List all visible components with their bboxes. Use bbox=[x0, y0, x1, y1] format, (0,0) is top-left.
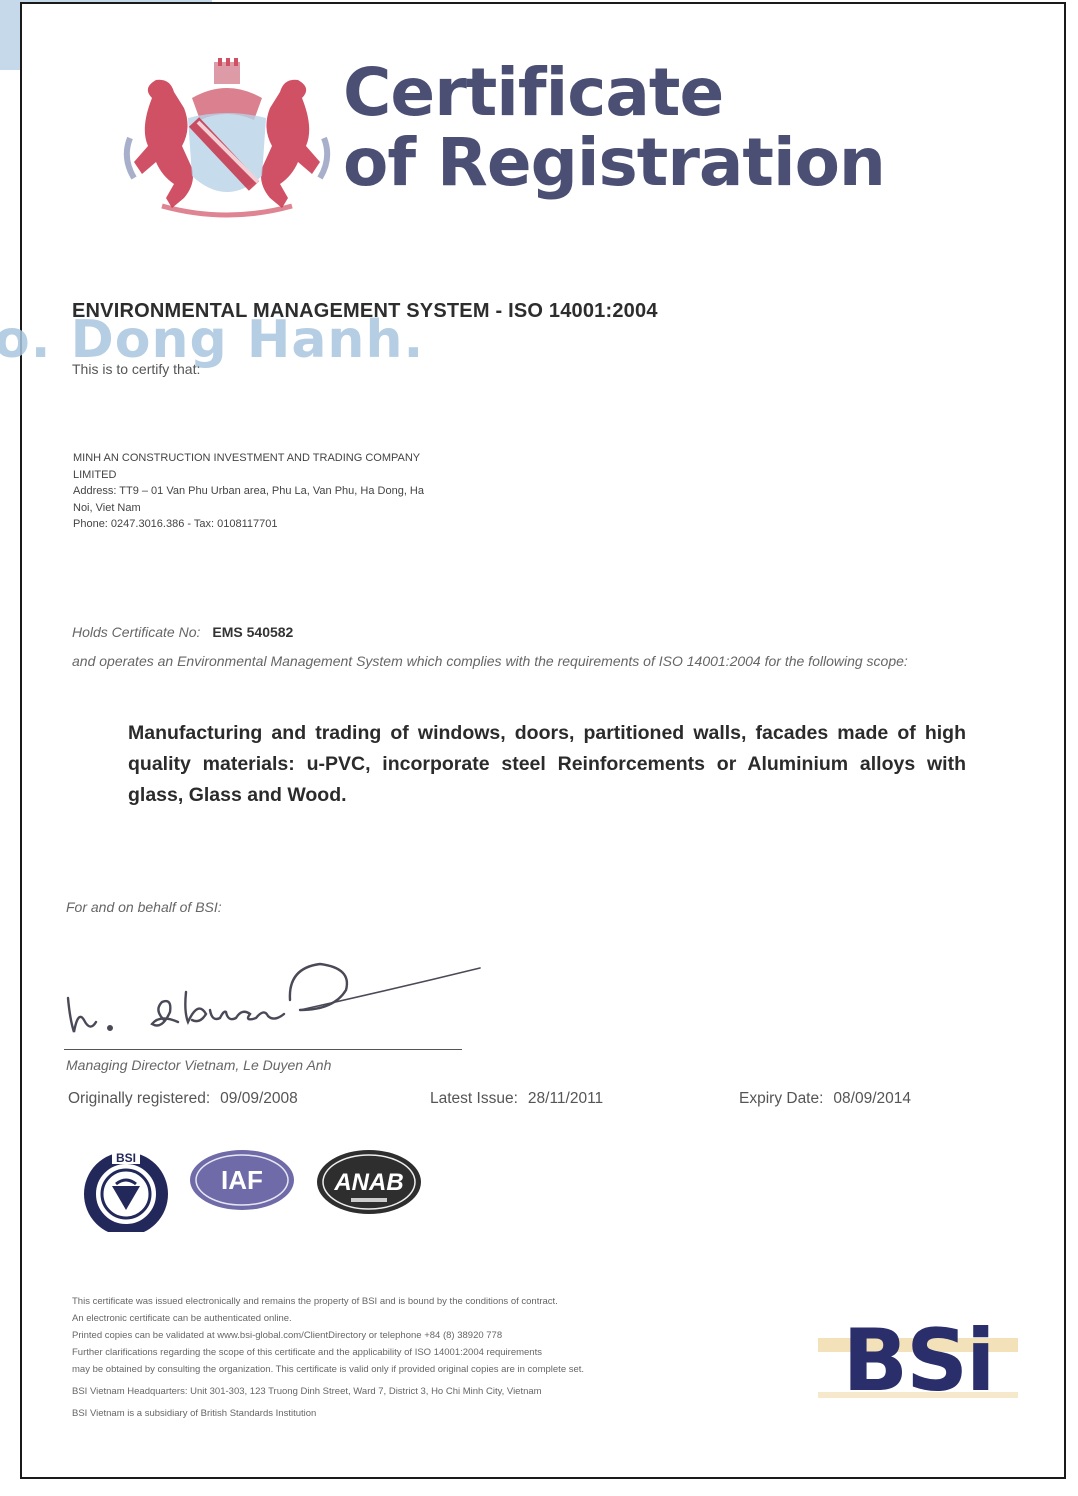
footer-line: Further clarifications regarding the sco… bbox=[72, 1344, 772, 1361]
title-line-1: Certificate bbox=[343, 58, 885, 128]
company-name: MINH AN CONSTRUCTION INVESTMENT AND TRAD… bbox=[73, 450, 533, 467]
footer-line: Printed copies can be validated at www.b… bbox=[72, 1327, 772, 1344]
signature-icon bbox=[60, 940, 500, 1040]
expiry-label: Expiry Date: bbox=[739, 1090, 823, 1107]
original-label: Originally registered: bbox=[68, 1090, 210, 1107]
certificate-number-row: Holds Certificate No:EMS 540582 bbox=[72, 624, 293, 640]
svg-text:BSi: BSi bbox=[843, 1312, 994, 1411]
latest-label: Latest Issue: bbox=[430, 1090, 518, 1107]
on-behalf-label: For and on behalf of BSI: bbox=[66, 899, 222, 915]
signature-line bbox=[64, 1049, 462, 1050]
expiry-value: 08/09/2014 bbox=[833, 1090, 911, 1107]
coat-of-arms-icon bbox=[122, 58, 332, 218]
footer-line: BSI Vietnam Headquarters: Unit 301-303, … bbox=[72, 1383, 772, 1400]
company-address-line-2: Noi, Viet Nam bbox=[73, 500, 533, 517]
standard-heading: ENVIRONMENTAL MANAGEMENT SYSTEM - ISO 14… bbox=[72, 300, 658, 323]
bsi-kitemark-icon: BSI bbox=[82, 1148, 170, 1232]
footer-line: may be obtained by consulting the organi… bbox=[72, 1361, 772, 1378]
svg-text:ANAB: ANAB bbox=[333, 1169, 403, 1196]
footer-line: BSI Vietnam is a subsidiary of British S… bbox=[72, 1405, 772, 1422]
holds-label: Holds Certificate No: bbox=[72, 624, 200, 640]
company-address-line-1: Address: TT9 – 01 Van Phu Urban area, Ph… bbox=[73, 483, 533, 500]
footer-line: This certificate was issued electronical… bbox=[72, 1293, 772, 1310]
svg-text:BSI: BSI bbox=[116, 1151, 136, 1165]
anab-logo-icon: ANAB bbox=[315, 1148, 423, 1216]
page-title: Certificate of Registration bbox=[343, 58, 885, 198]
company-details: MINH AN CONSTRUCTION INVESTMENT AND TRAD… bbox=[73, 450, 533, 533]
certification-scope: Manufacturing and trading of windows, do… bbox=[128, 718, 966, 811]
company-contact: Phone: 0247.3016.386 - Tax: 0108117701 bbox=[73, 516, 533, 533]
original-value: 09/09/2008 bbox=[220, 1090, 298, 1107]
company-name-cont: LIMITED bbox=[73, 467, 533, 484]
latest-value: 28/11/2011 bbox=[528, 1090, 603, 1107]
operates-text: and operates an Environmental Management… bbox=[72, 653, 1012, 669]
certify-intro: This is to certify that: bbox=[72, 361, 200, 377]
expiry-date: Expiry Date:08/09/2014 bbox=[739, 1090, 911, 1108]
title-line-2: of Registration bbox=[343, 128, 885, 198]
svg-text:IAF: IAF bbox=[221, 1165, 263, 1195]
original-registration: Originally registered:09/09/2008 bbox=[68, 1090, 298, 1108]
signer-name: Managing Director Vietnam, Le Duyen Anh bbox=[66, 1057, 331, 1073]
footer-line: An electronic certificate can be authent… bbox=[72, 1310, 772, 1327]
bsi-brand-logo-icon: BSi bbox=[818, 1312, 1023, 1412]
certificate-number: EMS 540582 bbox=[212, 624, 293, 640]
iaf-logo-icon: IAF bbox=[188, 1148, 296, 1212]
latest-issue: Latest Issue:28/11/2011 bbox=[430, 1090, 603, 1108]
footer-fine-print: This certificate was issued electronical… bbox=[72, 1293, 772, 1422]
